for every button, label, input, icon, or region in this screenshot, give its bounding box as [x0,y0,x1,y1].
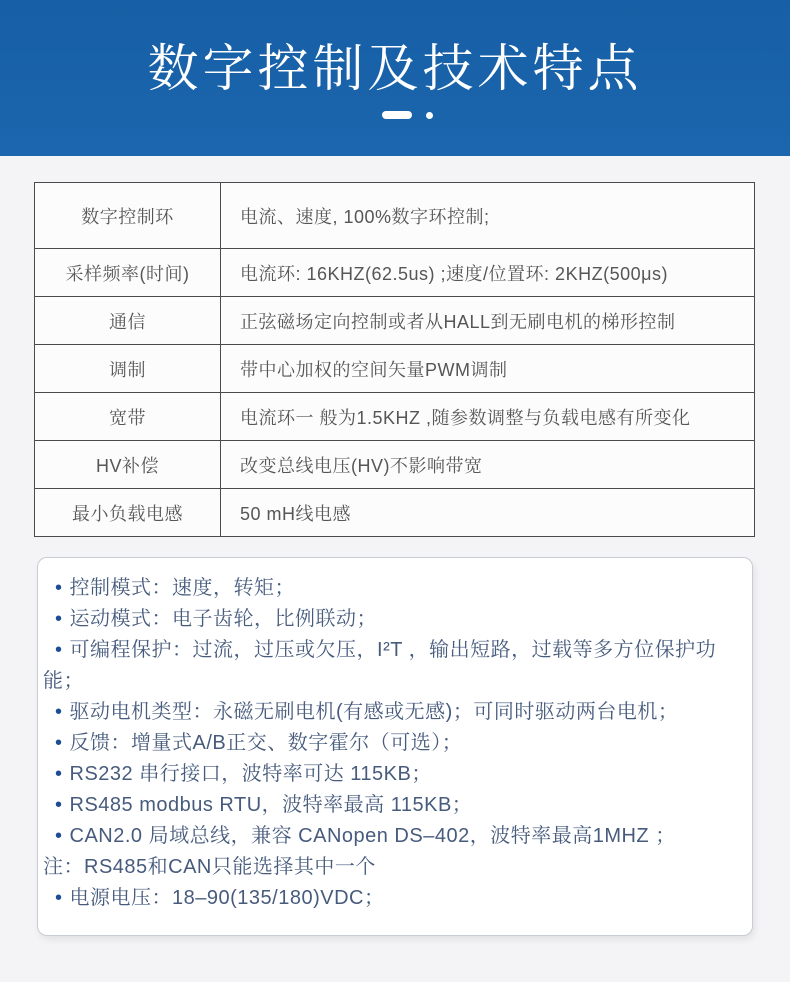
table-row: 最小负载电感 50 mH线电感 [35,489,755,537]
bullet-icon: • [55,763,63,785]
spec-label-cell: 通信 [35,297,221,345]
note-line: 注：RS485和CAN只能选择其中一个 [43,852,742,883]
spec-label-cell: HV补偿 [35,441,221,489]
page-header: 数字控制及技术特点 [0,0,790,156]
table-row: 通信 正弦磁场定向控制或者从HALL到无刷电机的梯形控制 [35,297,755,345]
spec-value-cell: 50 mH线电感 [221,489,755,537]
features-panel: •控制模式：速度，转矩； •运动模式：电子齿轮，比例联动； •可编程保护：过流，… [37,557,753,936]
page-title: 数字控制及技术特点 [147,43,642,94]
feature-item: •RS232 串行接口，波特率可达 115KB； [43,759,742,790]
bullet-icon: • [55,577,63,599]
bullet-icon: • [55,825,63,847]
spec-label-cell: 数字控制环 [35,183,221,249]
spec-table: 数字控制环 电流、速度, 100%数字环控制; 采样频率(时间) 电流环: 16… [34,182,755,537]
table-row: 宽带 电流环一 般为1.5KHZ ,随参数调整与负载电感有所变化 [35,393,755,441]
spec-label-cell: 宽带 [35,393,221,441]
title-underline [382,111,433,119]
bullet-icon: • [55,639,63,661]
bullet-icon: • [55,701,63,723]
feature-text: 电源电压：18–90(135/180)VDC； [70,887,385,909]
spec-value-cell: 正弦磁场定向控制或者从HALL到无刷电机的梯形控制 [221,297,755,345]
feature-text: 可编程保护：过流，过压或欠压，I²T ，输出短路，过载等多方位保护功能； [43,639,716,692]
spec-label-cell: 最小负载电感 [35,489,221,537]
bullet-icon: • [55,887,63,909]
feature-text: RS232 串行接口，波特率可达 115KB； [70,763,432,785]
feature-item: •反馈：增量式A/B正交、数字霍尔（可选）； [43,728,742,759]
feature-text: 控制模式：速度，转矩； [70,577,296,599]
table-row: 采样频率(时间) 电流环: 16KHZ(62.5us) ;速度/位置环: 2KH… [35,249,755,297]
spec-value-cell: 带中心加权的空间矢量PWM调制 [221,345,755,393]
feature-item: •控制模式：速度，转矩； [43,573,742,604]
spec-value-cell: 改变总线电压(HV)不影响带宽 [221,441,755,489]
note-text: 注：RS485和CAN只能选择其中一个 [43,856,376,878]
spec-label-cell: 调制 [35,345,221,393]
feature-text: RS485 modbus RTU，波特率最高 115KB； [70,794,473,816]
spec-label-cell: 采样频率(时间) [35,249,221,297]
bullet-icon: • [55,732,63,754]
feature-item: •驱动电机类型：永磁无刷电机(有感或无感)；可同时驱动两台电机； [43,697,742,728]
feature-text: 运动模式：电子齿轮，比例联动； [70,608,378,630]
title-underline-dash-icon [382,111,412,119]
table-row: 数字控制环 电流、速度, 100%数字环控制; [35,183,755,249]
bullet-icon: • [55,794,63,816]
spec-value-cell: 电流、速度, 100%数字环控制; [221,183,755,249]
table-row: 调制 带中心加权的空间矢量PWM调制 [35,345,755,393]
bullet-icon: • [55,608,63,630]
table-row: HV补偿 改变总线电压(HV)不影响带宽 [35,441,755,489]
spec-value-cell: 电流环一 般为1.5KHZ ,随参数调整与负载电感有所变化 [221,393,755,441]
feature-item: •电源电压：18–90(135/180)VDC； [43,883,742,914]
spec-value-cell: 电流环: 16KHZ(62.5us) ;速度/位置环: 2KHZ(500μs) [221,249,755,297]
feature-text: CAN2.0 局域总线，兼容 CANopen DS–402，波特率最高1MHZ … [70,825,676,847]
feature-item: •CAN2.0 局域总线，兼容 CANopen DS–402，波特率最高1MHZ… [43,821,742,852]
title-underline-dot-icon [426,112,433,119]
feature-item: •RS485 modbus RTU，波特率最高 115KB； [43,790,742,821]
feature-item: •可编程保护：过流，过压或欠压，I²T ，输出短路，过载等多方位保护功能； [43,635,742,697]
feature-text: 驱动电机类型：永磁无刷电机(有感或无感)；可同时驱动两台电机； [70,701,679,723]
feature-text: 反馈：增量式A/B正交、数字霍尔（可选）； [70,732,463,754]
feature-item: •运动模式：电子齿轮，比例联动； [43,604,742,635]
